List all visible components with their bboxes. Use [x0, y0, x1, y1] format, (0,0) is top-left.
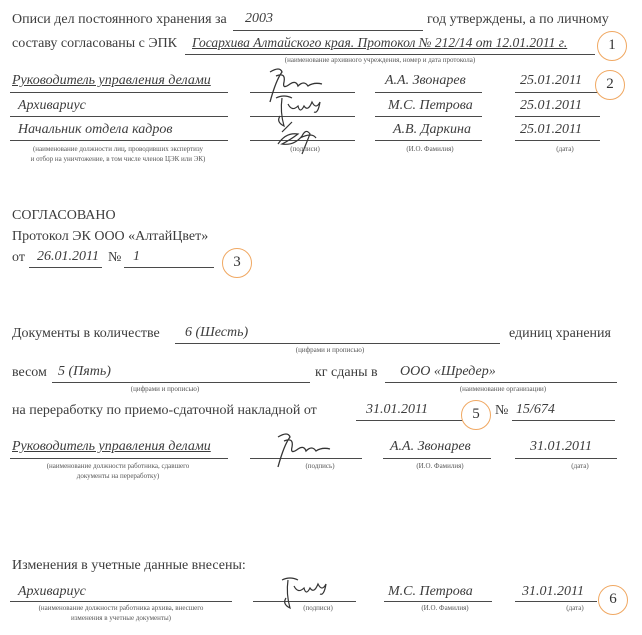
docs-line: [175, 343, 500, 344]
agreed-protocol: Протокол ЭК ООО «АлтайЦвет»: [12, 229, 208, 245]
year-field[interactable]: 2003: [245, 11, 273, 27]
agreed-from-label: от: [12, 250, 25, 266]
approval-line1-suffix: год утверждены, а по личному: [427, 12, 609, 28]
org-value[interactable]: ООО «Шредер»: [400, 364, 496, 380]
handover-name[interactable]: А.А. Звонарев: [390, 439, 471, 455]
date-line: [515, 92, 600, 93]
docs-caption: (цифрами и прописью): [280, 345, 380, 355]
commission-date[interactable]: 25.01.2011: [520, 122, 582, 138]
records-update-date-caption: (дата): [555, 603, 595, 613]
commission-name[interactable]: М.С. Петрова: [388, 98, 473, 114]
docs-suffix: единиц хранения: [509, 326, 611, 342]
epk-field[interactable]: Госархива Алтайского края. Протокол № 21…: [192, 35, 567, 51]
commission-date-caption: (дата): [540, 144, 590, 154]
records-update-date[interactable]: 31.01.2011: [522, 584, 584, 600]
org-line: [385, 382, 617, 383]
invoice-number-label: №: [495, 403, 508, 419]
weight-suffix: кг сданы в: [315, 365, 378, 381]
weight-line: [52, 382, 310, 383]
date-line: [515, 140, 600, 141]
marker-2: 2: [595, 70, 625, 100]
commission-position-caption-2: и отбор на уничтожение, в том числе член…: [6, 154, 230, 164]
name-line: [384, 601, 492, 602]
date-line: [515, 458, 617, 459]
agreed-number-label: №: [108, 250, 121, 266]
commission-name[interactable]: А.В. Даркина: [393, 122, 471, 138]
records-update-title: Изменения в учетные данные внесены:: [12, 558, 246, 574]
commission-date[interactable]: 25.01.2011: [520, 98, 582, 114]
name-line: [375, 140, 482, 141]
approval-line1-prefix: Описи дел постоянного хранения за: [12, 12, 227, 28]
records-update-position[interactable]: Архивариус: [18, 584, 86, 600]
weight-caption: (цифрами и прописью): [115, 384, 215, 394]
invoice-date[interactable]: 31.01.2011: [366, 402, 428, 418]
handover-position-caption-2: документы на переработку): [6, 471, 230, 481]
invoice-prefix: на переработку по приемо-сдаточной накла…: [12, 403, 317, 419]
date-line: [515, 116, 600, 117]
name-line: [375, 116, 482, 117]
handover-date[interactable]: 31.01.2011: [530, 439, 592, 455]
name-line: [383, 458, 491, 459]
epk-caption: (наименование архивного учреждения, номе…: [250, 55, 510, 65]
agreed-date[interactable]: 26.01.2011: [37, 249, 99, 265]
handover-date-caption: (дата): [555, 461, 605, 471]
records-update-name-caption: (И.О. Фамилия): [410, 603, 480, 613]
position-line: [10, 116, 228, 117]
commission-position[interactable]: Руководитель управления делами: [12, 73, 211, 89]
invoice-number-line: [512, 420, 615, 421]
docs-value[interactable]: 6 (Шесть): [185, 325, 248, 341]
invoice-date-line: [356, 420, 466, 421]
commission-signature-caption: (подписи): [270, 144, 340, 154]
year-field-line: [233, 30, 423, 31]
approval-line2-prefix: составу согласованы с ЭПК: [12, 36, 177, 52]
marker-3: 3: [222, 248, 252, 278]
date-line: [515, 601, 597, 602]
commission-position[interactable]: Архивариус: [18, 98, 86, 114]
records-update-position-caption: (наименование должности работника архива…: [6, 603, 236, 613]
position-line: [10, 458, 228, 459]
position-line: [10, 92, 228, 93]
agreed-number-line: [124, 267, 214, 268]
agreed-number[interactable]: 1: [133, 249, 140, 265]
commission-date[interactable]: 25.01.2011: [520, 73, 582, 89]
commission-name[interactable]: А.А. Звонарев: [385, 73, 466, 89]
handover-name-caption: (И.О. Фамилия): [405, 461, 475, 471]
handover-signature-caption: (подпись): [290, 461, 350, 471]
docs-prefix: Документы в количестве: [12, 326, 160, 342]
position-line: [10, 140, 228, 141]
position-line: [10, 601, 232, 602]
commission-position-caption: (наименование должности лиц, проводивших…: [6, 144, 230, 154]
handover-position-caption: (наименование должности работника, сдавш…: [6, 461, 230, 471]
name-line: [375, 92, 482, 93]
handover-position[interactable]: Руководитель управления делами: [12, 439, 211, 455]
agreed-title: СОГЛАСОВАНО: [12, 208, 116, 224]
records-update-signature-caption: (подписи): [288, 603, 348, 613]
commission-position[interactable]: Начальник отдела кадров: [18, 122, 172, 138]
marker-1: 1: [597, 31, 627, 61]
commission-name-caption: (И.О. Фамилия): [395, 144, 465, 154]
records-update-position-caption-2: изменения в учетные документы): [6, 613, 236, 623]
weight-value[interactable]: 5 (Пять): [58, 364, 111, 380]
weight-prefix: весом: [12, 365, 47, 381]
marker-5: 5: [461, 400, 491, 430]
records-update-name[interactable]: М.С. Петрова: [388, 584, 473, 600]
invoice-number[interactable]: 15/674: [516, 402, 555, 418]
marker-6: 6: [598, 585, 628, 615]
org-caption: (наименование организации): [448, 384, 558, 394]
agreed-date-line: [29, 267, 102, 268]
